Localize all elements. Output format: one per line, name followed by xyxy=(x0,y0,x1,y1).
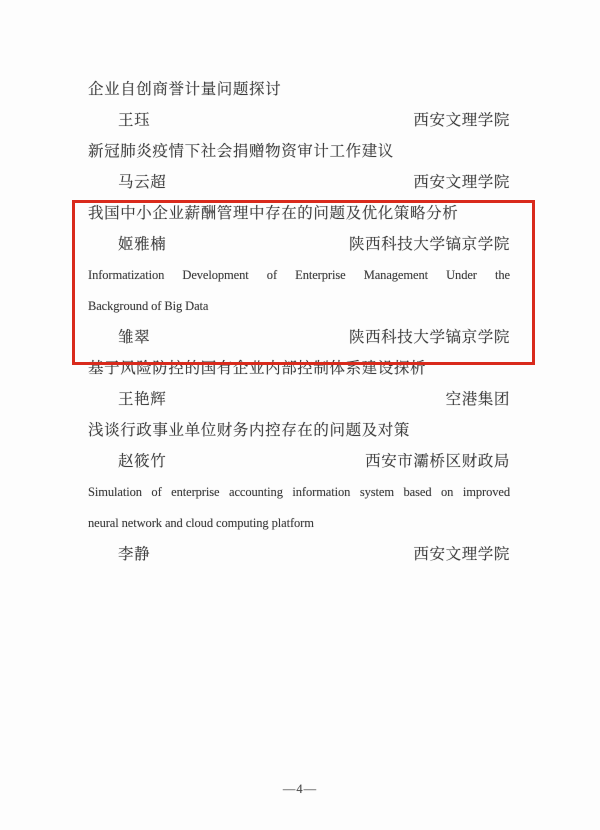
article-title-zh: 企业自创商誉计量问题探讨 xyxy=(88,74,510,105)
scanned-document-page: 企业自创商誉计量问题探讨 王珏 西安文理学院 新冠肺炎疫情下社会捐赠物资审计工作… xyxy=(0,0,600,830)
author-name: 赵筱竹 xyxy=(88,446,166,477)
author-name: 王珏 xyxy=(88,105,150,136)
author-affiliation: 西安文理学院 xyxy=(413,167,510,198)
author-affiliation: 西安文理学院 xyxy=(413,105,510,136)
author-row: 李静 西安文理学院 xyxy=(88,539,510,570)
author-name: 马云超 xyxy=(88,167,166,198)
article-title-zh: 新冠肺炎疫情下社会捐赠物资审计工作建议 xyxy=(88,136,510,167)
article-title-en-line2: Background of Big Data xyxy=(88,291,510,322)
article-title-en-line1: Simulation of enterprise accounting info… xyxy=(88,477,510,508)
article-title-zh: 浅谈行政事业单位财务内控存在的问题及对策 xyxy=(88,415,510,446)
author-name: 王艳辉 xyxy=(88,384,166,415)
author-affiliation: 陕西科技大学镐京学院 xyxy=(349,322,510,353)
author-name: 姬雅楠 xyxy=(88,229,166,260)
author-row: 赵筱竹 西安市灞桥区财政局 xyxy=(88,446,510,477)
author-affiliation: 西安市灞桥区财政局 xyxy=(365,446,510,477)
article-title-en-line1: Informatization Development of Enterpris… xyxy=(88,260,510,291)
author-affiliation: 西安文理学院 xyxy=(413,539,510,570)
article-title-en-line2: neural network and cloud computing platf… xyxy=(88,508,510,539)
author-row: 马云超 西安文理学院 xyxy=(88,167,510,198)
author-row: 王珏 西安文理学院 xyxy=(88,105,510,136)
article-title-zh-highlighted: 我国中小企业薪酬管理中存在的问题及优化策略分析 xyxy=(88,198,510,229)
author-name: 雏翠 xyxy=(88,322,150,353)
author-affiliation: 空港集团 xyxy=(446,384,510,415)
article-title-zh: 基于风险防控的国有企业内部控制体系建设探析 xyxy=(88,353,510,384)
author-name: 李静 xyxy=(88,539,150,570)
author-row: 雏翠 陕西科技大学镐京学院 xyxy=(88,322,510,353)
article-listing: 企业自创商誉计量问题探讨 王珏 西安文理学院 新冠肺炎疫情下社会捐赠物资审计工作… xyxy=(88,74,510,570)
author-row: 王艳辉 空港集团 xyxy=(88,384,510,415)
author-row: 姬雅楠 陕西科技大学镐京学院 xyxy=(88,229,510,260)
author-affiliation: 陕西科技大学镐京学院 xyxy=(349,229,510,260)
page-number: —4— xyxy=(0,782,600,797)
